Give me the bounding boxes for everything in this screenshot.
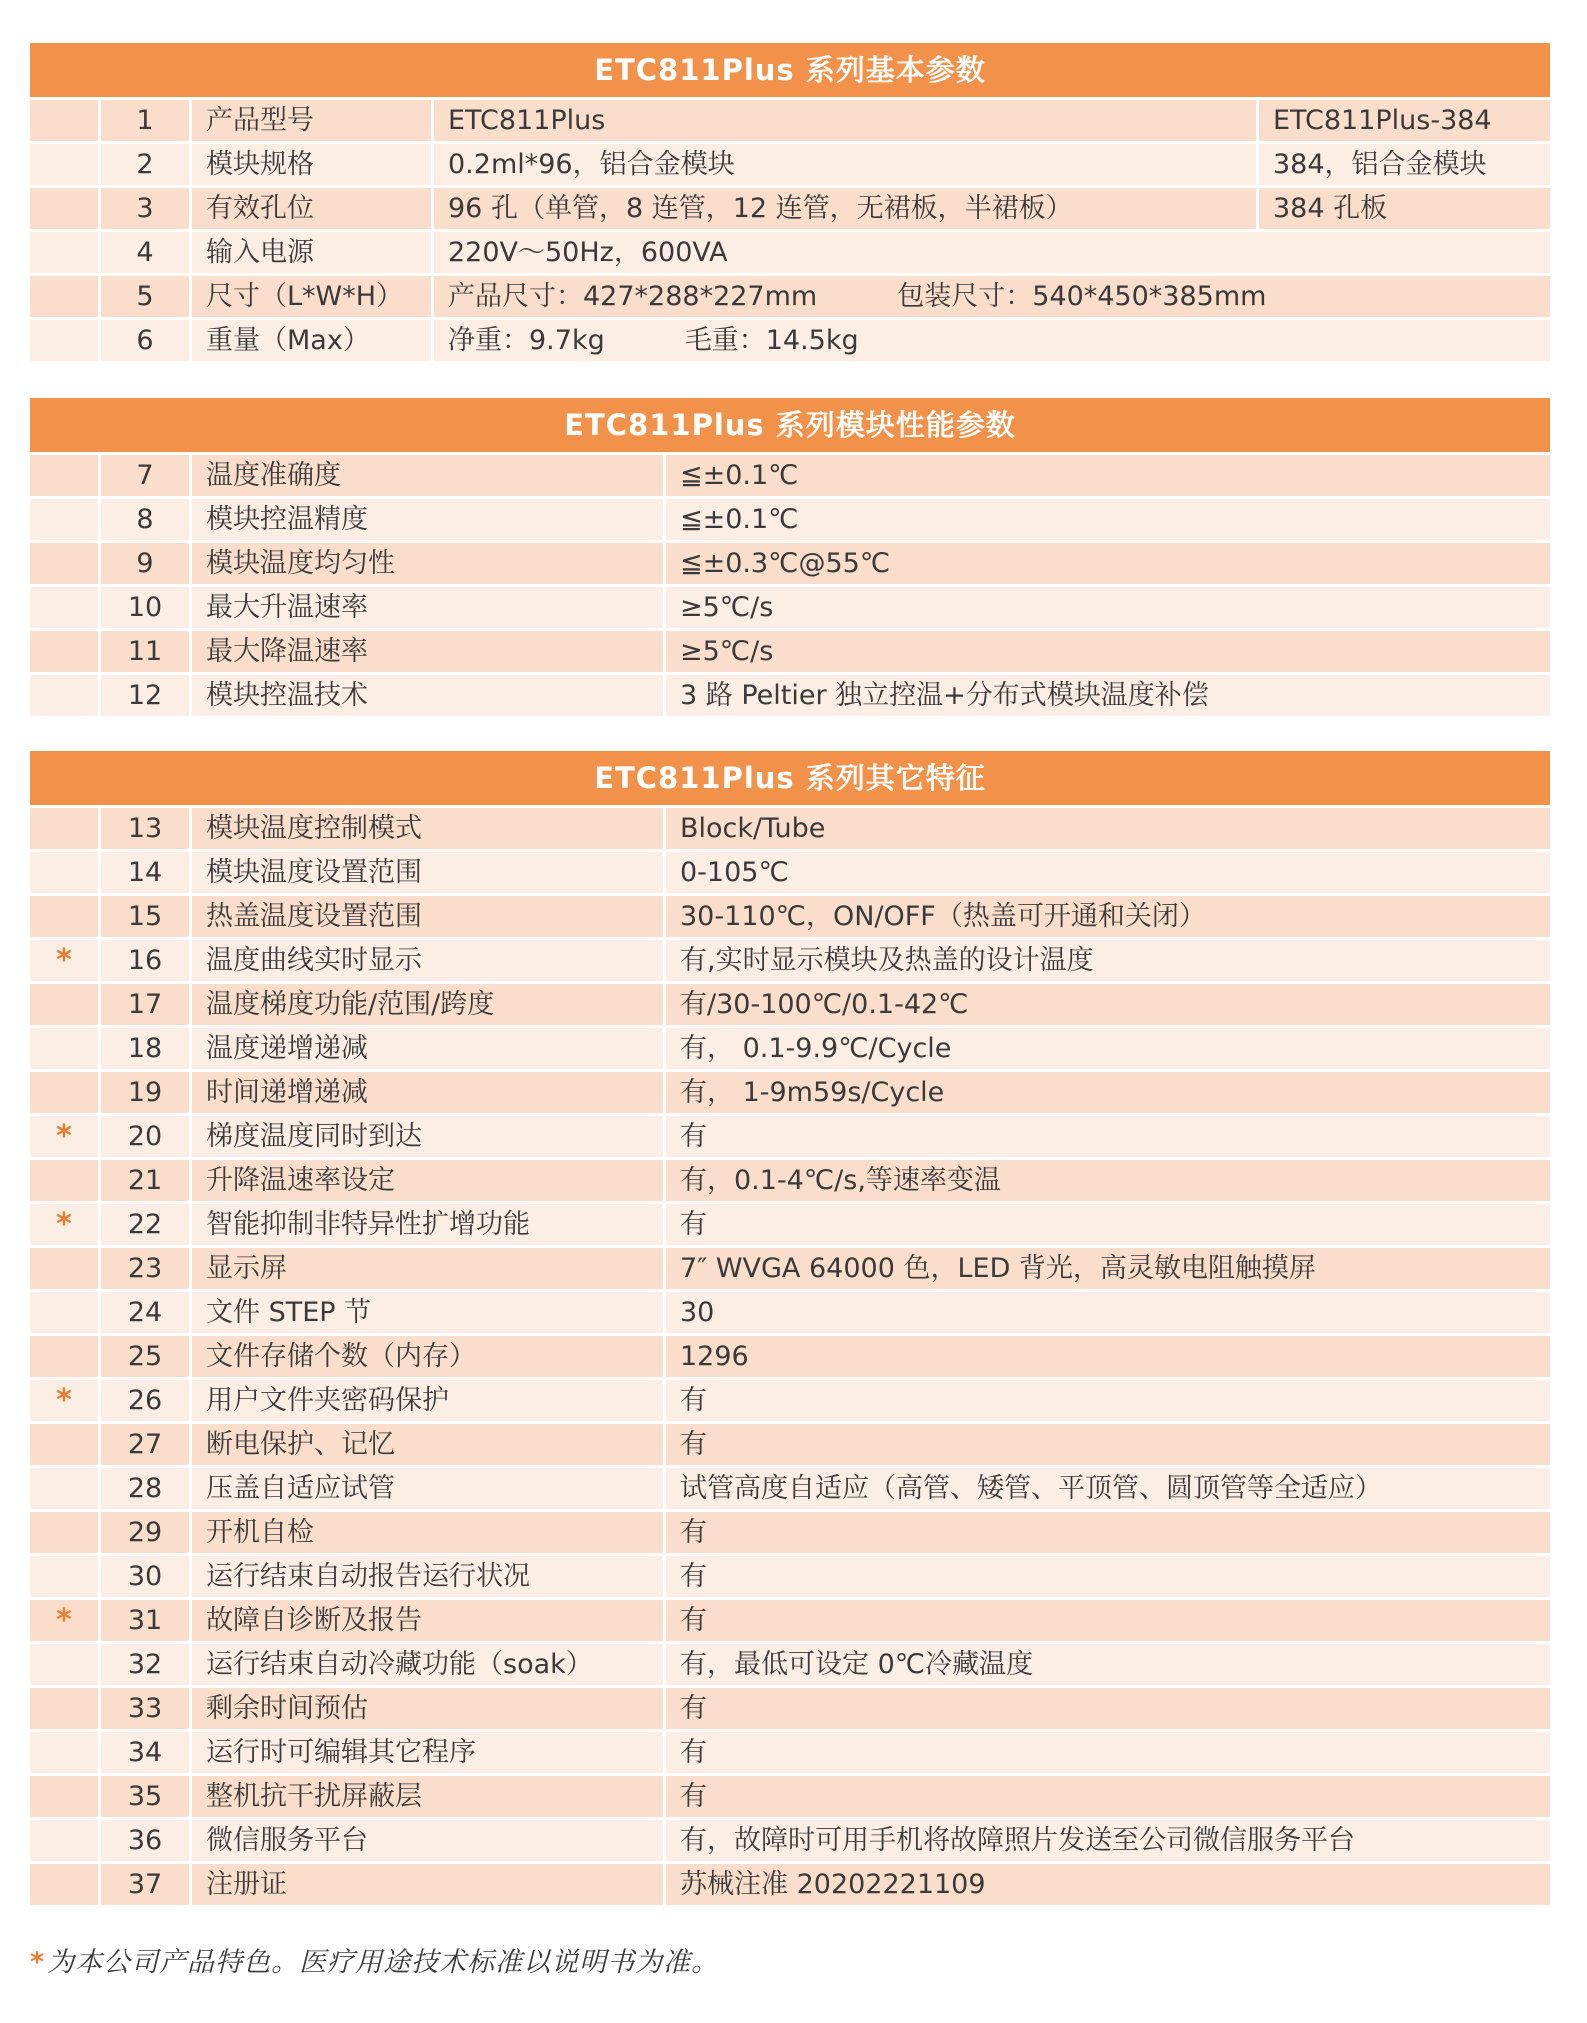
spec-value: 产品尺寸：427*288*227mm包装尺寸：540*450*385mm (434, 276, 1550, 317)
row-number: 22 (101, 1204, 189, 1245)
row-number: 21 (101, 1160, 189, 1201)
spec-value-part: 产品尺寸：427*288*227mm (448, 281, 817, 312)
spec-value: ≦±0.1℃ (666, 455, 1550, 496)
spec-value: 有 (666, 1424, 1550, 1465)
spec-row-25: 25文件存储个数（内存）1296 (30, 1336, 1550, 1377)
feature-star-cell (30, 1820, 98, 1861)
row-number: 30 (101, 1556, 189, 1597)
spec-label: 模块控温精度 (192, 499, 663, 540)
spec-row-15: 15热盖温度设置范围30-110℃，ON/OFF（热盖可开通和关闭） (30, 896, 1550, 937)
spec-value: 有 (666, 1600, 1550, 1641)
spec-label: 输入电源 (192, 232, 431, 273)
spec-value: 试管高度自适应（高管、矮管、平顶管、圆顶管等全适应） (666, 1468, 1550, 1509)
feature-star-icon: * (30, 940, 98, 981)
feature-star-icon: * (30, 1600, 98, 1641)
spec-value: 有/30-100℃/0.1-42℃ (666, 984, 1550, 1025)
feature-star-cell (30, 631, 98, 672)
spec-value-part: 净重：9.7kg (448, 325, 605, 356)
row-number: 9 (101, 543, 189, 584)
spec-value: 有，0.1-4℃/s,等速率变温 (666, 1160, 1550, 1201)
spec-label: 文件存储个数（内存） (192, 1336, 663, 1377)
row-number: 24 (101, 1292, 189, 1333)
row-number: 32 (101, 1644, 189, 1685)
row-number: 6 (101, 320, 189, 361)
feature-star-cell (30, 1732, 98, 1773)
other-features-table-rows: 13模块温度控制模式Block/Tube14模块温度设置范围0-105℃15热盖… (30, 808, 1550, 1905)
spec-label: 时间递增递减 (192, 1072, 663, 1113)
spec-label: 模块规格 (192, 144, 431, 185)
spec-label: 故障自诊断及报告 (192, 1600, 663, 1641)
module-performance-table-rows: 7温度准确度≦±0.1℃8模块控温精度≦±0.1℃9模块温度均匀性≦±0.3℃@… (30, 455, 1550, 716)
spec-label: 重量（Max） (192, 320, 431, 361)
row-number: 27 (101, 1424, 189, 1465)
spec-label: 温度梯度功能/范围/跨度 (192, 984, 663, 1025)
spec-row-27: 27断电保护、记忆有 (30, 1424, 1550, 1465)
spec-row-31: *31故障自诊断及报告有 (30, 1600, 1550, 1641)
spec-row-23: 23显示屏7″ WVGA 64000 色，LED 背光，高灵敏电阻触摸屏 (30, 1248, 1550, 1289)
feature-star-cell (30, 1028, 98, 1069)
row-number: 37 (101, 1864, 189, 1905)
spec-label: 最大升温速率 (192, 587, 663, 628)
feature-star-cell (30, 1776, 98, 1817)
spec-label: 模块控温技术 (192, 675, 663, 716)
spec-value: ≥5℃/s (666, 631, 1550, 672)
spec-label: 温度递增递减 (192, 1028, 663, 1069)
spec-value: 有，最低可设定 0℃冷藏温度 (666, 1644, 1550, 1685)
row-number: 16 (101, 940, 189, 981)
feature-star-cell (30, 852, 98, 893)
spec-label: 模块温度控制模式 (192, 808, 663, 849)
spec-label: 温度曲线实时显示 (192, 940, 663, 981)
spec-value-part: 包装尺寸：540*450*385mm (897, 281, 1266, 312)
spec-value: 3 路 Peltier 独立控温+分布式模块温度补偿 (666, 675, 1550, 716)
row-number: 12 (101, 675, 189, 716)
spec-row-2: 2模块规格0.2ml*96，铝合金模块384，铝合金模块 (30, 144, 1550, 185)
spec-label: 尺寸（L*W*H） (192, 276, 431, 317)
spec-value: 0.2ml*96，铝合金模块 (434, 144, 1256, 185)
feature-star-cell (30, 1292, 98, 1333)
feature-star-cell (30, 1468, 98, 1509)
spec-label: 梯度温度同时到达 (192, 1116, 663, 1157)
row-number: 29 (101, 1512, 189, 1553)
spec-label: 剩余时间预估 (192, 1688, 663, 1729)
row-number: 1 (101, 100, 189, 141)
row-number: 18 (101, 1028, 189, 1069)
spec-value: 有 (666, 1688, 1550, 1729)
row-number: 3 (101, 188, 189, 229)
feature-star-cell (30, 1556, 98, 1597)
feature-star-cell (30, 587, 98, 628)
row-number: 7 (101, 455, 189, 496)
row-number: 13 (101, 808, 189, 849)
feature-star-cell (30, 1512, 98, 1553)
spec-label: 智能抑制非特异性扩增功能 (192, 1204, 663, 1245)
row-number: 5 (101, 276, 189, 317)
feature-star-cell (30, 1424, 98, 1465)
datasheet-page: ETC811Plus 系列基本参数 1产品型号ETC811PlusETC811P… (0, 0, 1587, 1979)
row-number: 34 (101, 1732, 189, 1773)
spec-label: 开机自检 (192, 1512, 663, 1553)
spec-row-10: 10最大升温速率≥5℃/s (30, 587, 1550, 628)
spec-row-36: 36微信服务平台有，故障时可用手机将故障照片发送至公司微信服务平台 (30, 1820, 1550, 1861)
spec-value-384: 384，铝合金模块 (1259, 144, 1550, 185)
feature-star-cell (30, 100, 98, 141)
spec-row-28: 28压盖自适应试管试管高度自适应（高管、矮管、平顶管、圆顶管等全适应） (30, 1468, 1550, 1509)
footnote-text: 为本公司产品特色。医疗用途技术标准以说明书为准。 (47, 1947, 719, 1978)
spec-label: 热盖温度设置范围 (192, 896, 663, 937)
spec-label: 断电保护、记忆 (192, 1424, 663, 1465)
spec-label: 产品型号 (192, 100, 431, 141)
spec-value: 220V～50Hz，600VA (434, 232, 1550, 273)
spec-row-5: 5尺寸（L*W*H）产品尺寸：427*288*227mm包装尺寸：540*450… (30, 276, 1550, 317)
feature-star-cell (30, 808, 98, 849)
spec-row-32: 32运行结束自动冷藏功能（soak）有，最低可设定 0℃冷藏温度 (30, 1644, 1550, 1685)
feature-star-cell (30, 455, 98, 496)
spec-row-9: 9模块温度均匀性≦±0.3℃@55℃ (30, 543, 1550, 584)
spec-label: 文件 STEP 节 (192, 1292, 663, 1333)
spec-row-22: *22智能抑制非特异性扩增功能有 (30, 1204, 1550, 1245)
row-number: 23 (101, 1248, 189, 1289)
spec-row-37: 37注册证苏械注准 20202221109 (30, 1864, 1550, 1905)
feature-star-cell (30, 1160, 98, 1201)
spec-row-19: 19时间递增递减有， 1-9m59s/Cycle (30, 1072, 1550, 1113)
spec-row-18: 18温度递增递减有， 0.1-9.9℃/Cycle (30, 1028, 1550, 1069)
feature-star-cell (30, 896, 98, 937)
spec-label: 模块温度均匀性 (192, 543, 663, 584)
footnote: *为本公司产品特色。医疗用途技术标准以说明书为准。 (30, 1940, 1550, 1979)
spec-value: 30-110℃，ON/OFF（热盖可开通和关闭） (666, 896, 1550, 937)
feature-star-cell (30, 1644, 98, 1685)
row-number: 4 (101, 232, 189, 273)
row-number: 17 (101, 984, 189, 1025)
spec-value: 有 (666, 1380, 1550, 1421)
feature-star-icon: * (30, 1380, 98, 1421)
spec-row-24: 24文件 STEP 节30 (30, 1292, 1550, 1333)
spec-row-4: 4输入电源220V～50Hz，600VA (30, 232, 1550, 273)
spec-row-21: 21升降温速率设定有，0.1-4℃/s,等速率变温 (30, 1160, 1550, 1201)
spec-value: 有 (666, 1732, 1550, 1773)
feature-star-cell (30, 144, 98, 185)
spec-value: 96 孔（单管，8 连管，12 连管，无裙板，半裙板） (434, 188, 1256, 229)
spec-label: 运行时可编辑其它程序 (192, 1732, 663, 1773)
basic-params-table: ETC811Plus 系列基本参数 1产品型号ETC811PlusETC811P… (30, 43, 1550, 361)
basic-params-table-title: ETC811Plus 系列基本参数 (30, 43, 1550, 97)
spec-label: 注册证 (192, 1864, 663, 1905)
spec-label: 压盖自适应试管 (192, 1468, 663, 1509)
spec-value: ≦±0.3℃@55℃ (666, 543, 1550, 584)
spec-row-8: 8模块控温精度≦±0.1℃ (30, 499, 1550, 540)
feature-star-cell (30, 1864, 98, 1905)
spec-label: 微信服务平台 (192, 1820, 663, 1861)
feature-star-cell (30, 188, 98, 229)
spec-label: 有效孔位 (192, 188, 431, 229)
other-features-table-title: ETC811Plus 系列其它特征 (30, 751, 1550, 805)
row-number: 26 (101, 1380, 189, 1421)
feature-star-cell (30, 675, 98, 716)
spec-row-17: 17温度梯度功能/范围/跨度有/30-100℃/0.1-42℃ (30, 984, 1550, 1025)
spec-value: 有 (666, 1116, 1550, 1157)
spec-label: 温度准确度 (192, 455, 663, 496)
spec-row-35: 35整机抗干扰屏蔽层有 (30, 1776, 1550, 1817)
spec-value-384: 384 孔板 (1259, 188, 1550, 229)
other-features-table: ETC811Plus 系列其它特征 13模块温度控制模式Block/Tube14… (30, 751, 1550, 1905)
row-number: 8 (101, 499, 189, 540)
row-number: 33 (101, 1688, 189, 1729)
row-number: 36 (101, 1820, 189, 1861)
spec-row-33: 33剩余时间预估有 (30, 1688, 1550, 1729)
feature-star-cell (30, 1336, 98, 1377)
spec-row-29: 29开机自检有 (30, 1512, 1550, 1553)
spec-row-6: 6重量（Max）净重：9.7kg毛重：14.5kg (30, 320, 1550, 361)
spec-value: 净重：9.7kg毛重：14.5kg (434, 320, 1550, 361)
row-number: 31 (101, 1600, 189, 1641)
feature-star-cell (30, 1688, 98, 1729)
row-number: 2 (101, 144, 189, 185)
spec-label: 模块温度设置范围 (192, 852, 663, 893)
feature-star-cell (30, 1072, 98, 1113)
module-performance-table: ETC811Plus 系列模块性能参数 7温度准确度≦±0.1℃8模块控温精度≦… (30, 398, 1550, 716)
row-number: 10 (101, 587, 189, 628)
spec-row-3: 3有效孔位96 孔（单管，8 连管，12 连管，无裙板，半裙板）384 孔板 (30, 188, 1550, 229)
spec-value: 有，故障时可用手机将故障照片发送至公司微信服务平台 (666, 1820, 1550, 1861)
spec-row-14: 14模块温度设置范围0-105℃ (30, 852, 1550, 893)
module-performance-table-title: ETC811Plus 系列模块性能参数 (30, 398, 1550, 452)
basic-params-table-rows: 1产品型号ETC811PlusETC811Plus-3842模块规格0.2ml*… (30, 100, 1550, 361)
spec-value: ≥5℃/s (666, 587, 1550, 628)
row-number: 11 (101, 631, 189, 672)
spec-value: 苏械注准 20202221109 (666, 1864, 1550, 1905)
feature-star-icon: * (30, 1116, 98, 1157)
spec-value: 有 (666, 1776, 1550, 1817)
spec-value: 有 (666, 1512, 1550, 1553)
spec-value-part: 毛重：14.5kg (685, 325, 859, 356)
spec-row-34: 34运行时可编辑其它程序有 (30, 1732, 1550, 1773)
spec-label: 用户文件夹密码保护 (192, 1380, 663, 1421)
spec-value-384: ETC811Plus-384 (1259, 100, 1550, 141)
spec-row-30: 30运行结束自动报告运行状况有 (30, 1556, 1550, 1597)
spec-value: 0-105℃ (666, 852, 1550, 893)
feature-star-cell (30, 543, 98, 584)
spec-label: 运行结束自动冷藏功能（soak） (192, 1644, 663, 1685)
spec-row-13: 13模块温度控制模式Block/Tube (30, 808, 1550, 849)
spec-row-20: *20梯度温度同时到达有 (30, 1116, 1550, 1157)
spec-row-1: 1产品型号ETC811PlusETC811Plus-384 (30, 100, 1550, 141)
spec-value: 有 (666, 1556, 1550, 1597)
spec-label: 运行结束自动报告运行状况 (192, 1556, 663, 1597)
spec-row-11: 11最大降温速率≥5℃/s (30, 631, 1550, 672)
spec-row-12: 12模块控温技术3 路 Peltier 独立控温+分布式模块温度补偿 (30, 675, 1550, 716)
spec-value: ETC811Plus (434, 100, 1256, 141)
spec-label: 整机抗干扰屏蔽层 (192, 1776, 663, 1817)
spec-value: 1296 (666, 1336, 1550, 1377)
feature-star-icon: * (30, 1204, 98, 1245)
row-number: 28 (101, 1468, 189, 1509)
spec-value: 有,实时显示模块及热盖的设计温度 (666, 940, 1550, 981)
feature-star-cell (30, 232, 98, 273)
spec-label: 升降温速率设定 (192, 1160, 663, 1201)
feature-star-cell (30, 499, 98, 540)
spec-label: 最大降温速率 (192, 631, 663, 672)
spec-value: ≦±0.1℃ (666, 499, 1550, 540)
feature-star-cell (30, 1248, 98, 1289)
spec-label: 显示屏 (192, 1248, 663, 1289)
row-number: 20 (101, 1116, 189, 1157)
feature-star-cell (30, 320, 98, 361)
spec-row-26: *26用户文件夹密码保护有 (30, 1380, 1550, 1421)
spec-row-7: 7温度准确度≦±0.1℃ (30, 455, 1550, 496)
row-number: 25 (101, 1336, 189, 1377)
row-number: 14 (101, 852, 189, 893)
spec-value: Block/Tube (666, 808, 1550, 849)
row-number: 35 (101, 1776, 189, 1817)
spec-value: 有 (666, 1204, 1550, 1245)
row-number: 19 (101, 1072, 189, 1113)
spec-row-16: *16温度曲线实时显示有,实时显示模块及热盖的设计温度 (30, 940, 1550, 981)
spec-value: 有， 1-9m59s/Cycle (666, 1072, 1550, 1113)
spec-value: 有， 0.1-9.9℃/Cycle (666, 1028, 1550, 1069)
feature-star-cell (30, 984, 98, 1025)
row-number: 15 (101, 896, 189, 937)
spec-value: 7″ WVGA 64000 色，LED 背光，高灵敏电阻触摸屏 (666, 1248, 1550, 1289)
footnote-star-icon: * (30, 1947, 45, 1978)
feature-star-cell (30, 276, 98, 317)
spec-value: 30 (666, 1292, 1550, 1333)
